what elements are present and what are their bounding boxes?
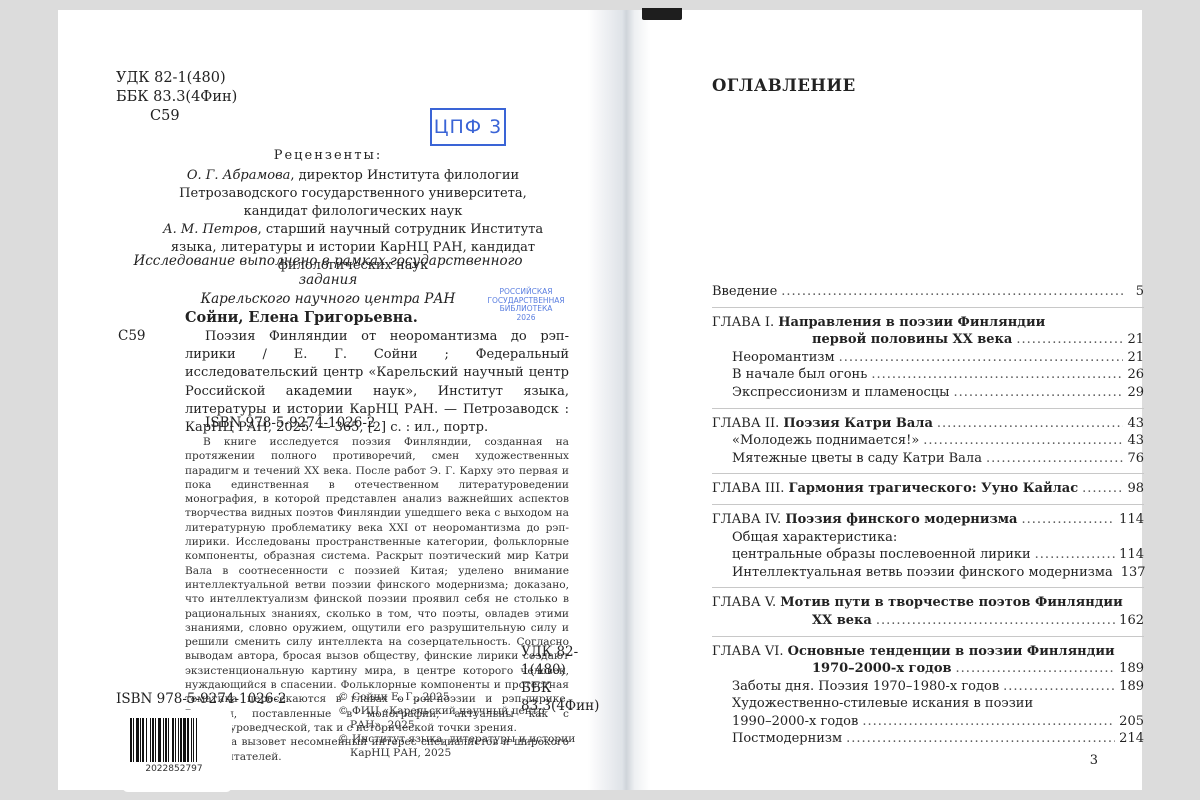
author-mark: С59	[116, 107, 237, 126]
toc-section: «Молодежь поднимается!»43	[712, 432, 1144, 450]
toc-section: Неоромантизм21	[712, 349, 1144, 367]
dot-leader	[954, 384, 1124, 402]
copyright-line: © ФИЦ «Карельский научный центр РАН», 20…	[338, 704, 578, 732]
toc-section: центральные образы послевоенной лирики11…	[712, 546, 1144, 564]
isbn-bottom: ISBN 978-5-9274-1026-2	[116, 691, 287, 707]
chapter-label: ГЛАВА IV.	[712, 512, 781, 527]
reviewers-title: Рецензенты:	[58, 148, 598, 163]
toc-divider	[712, 587, 1144, 588]
udk-code: УДК 82-1(480)	[116, 69, 237, 88]
toc-entry-title: Интеллектуальная ветвь поэзии финского м…	[732, 564, 1113, 582]
chapter-title: Направления в поэзии Финляндии	[778, 315, 1045, 330]
toc-page-number: 162	[1119, 612, 1144, 630]
chapter-title: Мотив пути в творчестве поэтов Финляндии	[780, 595, 1122, 610]
udk-code: УДК 82-1(480)	[521, 643, 599, 679]
classification-block: УДК 82-1(480) ББК 83.3(4Фин) С59	[116, 69, 237, 126]
reviewer: О. Г. Абрамова, директор Института филол…	[148, 167, 558, 221]
toc-divider	[712, 408, 1144, 409]
barcode-number: 2022852797	[122, 764, 226, 774]
toc-page-number: 114	[1119, 546, 1144, 564]
section-title: Художественно-стилевые искания в поэзии	[732, 696, 1033, 711]
toc-entry-title: Художественно-стилевые искания в поэзии	[732, 695, 1033, 713]
toc-divider	[712, 307, 1144, 308]
toc-section: 1990–2000-х годов205	[712, 713, 1144, 731]
toc-entry-title: ГЛАВА VI. Основные тенденции в поэзии Фи…	[712, 643, 1115, 661]
toc-entry-title: ГЛАВА I. Направления в поэзии Финляндии	[712, 314, 1045, 332]
chapter-title: Поэзия Катри Вала	[783, 416, 933, 431]
toc-entry-title: Неоромантизм	[732, 349, 835, 367]
chapter-title: Поэзия финского модернизма	[785, 512, 1017, 527]
toc-section: Интеллектуальная ветвь поэзии финского м…	[712, 564, 1144, 582]
toc-page-number: 137	[1121, 564, 1144, 582]
toc-entry-title: Постмодернизм	[732, 730, 842, 748]
toc-entry-title: ГЛАВА V. Мотив пути в творчестве поэтов …	[712, 594, 1123, 612]
toc-page-number: 189	[1119, 678, 1144, 696]
toc-page-number: 29	[1127, 384, 1144, 402]
imprint-page: УДК 82-1(480) ББК 83.3(4Фин) С59 ЦПФ 3 Р…	[58, 10, 598, 790]
funding-line: Карельского научного центра РАН	[118, 290, 538, 309]
toc-chapter-continued: первой половины XX века21	[712, 331, 1144, 349]
toc-divider	[712, 473, 1144, 474]
dot-leader	[862, 713, 1115, 731]
toc-chapter: ГЛАВА VI. Основные тенденции в поэзии Фи…	[712, 643, 1144, 661]
page-number: 3	[1090, 753, 1098, 768]
chapter-title: первой половины XX века	[812, 332, 1012, 347]
toc-page-number: 21	[1127, 331, 1144, 349]
toc-intro: Введение5	[712, 283, 1144, 301]
chapter-title: Основные тенденции в поэзии Финляндии	[788, 644, 1115, 659]
toc-chapter: ГЛАВА III. Гармония трагического: Ууно К…	[712, 480, 1144, 498]
chapter-label: ГЛАВА I.	[712, 315, 774, 330]
bib-author-mark: С59	[118, 328, 146, 344]
author-heading: Сойни, Елена Григорьевна.	[185, 309, 418, 326]
library-stamp-line: 2026	[476, 314, 576, 323]
toc-page-number: 98	[1127, 480, 1144, 498]
toc-entry-title: Введение	[712, 283, 777, 301]
section-title: Постмодернизм	[732, 731, 842, 746]
chapter-title: 1970–2000-х годов	[812, 661, 952, 676]
barcode-icon	[130, 718, 218, 762]
toc-entry-title: В начале был огонь	[732, 366, 867, 384]
toc-page-number: 114	[1119, 511, 1144, 529]
dot-leader	[1035, 546, 1116, 564]
section-title: Общая характеристика:	[732, 530, 897, 545]
reviewer-name: О. Г. Абрамова	[187, 168, 291, 183]
chapter-label: ГЛАВА III.	[712, 481, 784, 496]
chapter-title: XX века	[812, 613, 872, 628]
library-stamp: РОССИЙСКАЯ ГОСУДАРСТВЕННАЯ БИБЛИОТЕКА 20…	[476, 288, 576, 322]
section-title: Неоромантизм	[732, 350, 835, 365]
toc-chapter: ГЛАВА V. Мотив пути в творчестве поэтов …	[712, 594, 1144, 612]
bbk-code: ББК 83.3(4Фин)	[116, 88, 237, 107]
dot-leader	[986, 450, 1124, 468]
toc-entry-title: Мятежные цветы в саду Катри Вала	[732, 450, 982, 468]
dot-leader	[1016, 331, 1123, 349]
reviewer-name: А. М. Петров	[163, 222, 258, 237]
toc-entry-title: Экспрессионизм и пламеносцы	[732, 384, 950, 402]
toc-entry-title: центральные образы послевоенной лирики	[732, 546, 1031, 564]
dot-leader	[1021, 511, 1115, 529]
copyright-line: © Институт языка, литературы и истории К…	[338, 732, 578, 760]
toc-chapter: ГЛАВА II. Поэзия Катри Вала43	[712, 415, 1144, 433]
toc-entry-title: Общая характеристика:	[732, 529, 897, 547]
isbn: ISBN 978-5-9274-1026-2	[205, 415, 376, 431]
toc-section: Художественно-стилевые искания в поэзии	[712, 695, 1144, 713]
barcode-sticker: 2022852797	[122, 710, 232, 792]
toc-chapter: ГЛАВА IV. Поэзия финского модернизма114	[712, 511, 1144, 529]
dot-leader	[923, 432, 1123, 450]
toc-page-number: 214	[1119, 730, 1144, 748]
cpf-stamp: ЦПФ 3	[430, 108, 506, 146]
dot-leader	[876, 612, 1115, 630]
toc-chapter-continued: 1970–2000-х годов189	[712, 660, 1144, 678]
toc-page-number: 76	[1127, 450, 1144, 468]
section-title: Мятежные цветы в саду Катри Вала	[732, 451, 982, 466]
section-title: В начале был огонь	[732, 367, 867, 382]
toc-entry-title: XX века	[812, 612, 872, 630]
dot-leader	[871, 366, 1123, 384]
toc-entry-title: ГЛАВА IV. Поэзия финского модернизма	[712, 511, 1017, 529]
contents-page: ОГЛАВЛЕНИЕ Введение5ГЛАВА I. Направления…	[648, 10, 1142, 790]
toc-section: Экспрессионизм и пламеносцы29	[712, 384, 1144, 402]
toc-entry-title: 1970–2000-х годов	[812, 660, 952, 678]
section-title: Интеллектуальная ветвь поэзии финского м…	[732, 565, 1113, 580]
toc-section: Постмодернизм214	[712, 730, 1144, 748]
chapter-label: ГЛАВА II.	[712, 416, 779, 431]
toc-page-number: 26	[1127, 366, 1144, 384]
dot-leader	[956, 660, 1116, 678]
copyright-block: © Сойни Е. Г., 2025 © ФИЦ «Карельский на…	[338, 690, 578, 760]
chapter-label: ГЛАВА VI.	[712, 644, 784, 659]
toc-page-number: 43	[1127, 415, 1144, 433]
toc-section: Мятежные цветы в саду Катри Вала76	[712, 450, 1144, 468]
toc-entry-title: ГЛАВА III. Гармония трагического: Ууно К…	[712, 480, 1078, 498]
toc-divider	[712, 504, 1144, 505]
toc-entry-title: первой половины XX века	[812, 331, 1012, 349]
dot-leader	[839, 349, 1124, 367]
section-title: «Молодежь поднимается!»	[732, 433, 919, 448]
toc-title: ОГЛАВЛЕНИЕ	[712, 76, 856, 95]
toc-entry-title: Заботы дня. Поэзия 1970–1980-х годов	[732, 678, 999, 696]
funding-line: Исследование выполнено в рамках государс…	[118, 252, 538, 290]
toc-page-number: 5	[1128, 283, 1144, 301]
toc-section: Общая характеристика:	[712, 529, 1144, 547]
toc-intro-title: Введение	[712, 284, 777, 299]
dot-leader	[1082, 480, 1123, 498]
toc-chapter: ГЛАВА I. Направления в поэзии Финляндии	[712, 314, 1144, 332]
copyright-line: © Сойни Е. Г., 2025	[338, 690, 578, 704]
funding-note: Исследование выполнено в рамках государс…	[118, 252, 538, 309]
toc-page-number: 189	[1119, 660, 1144, 678]
toc-chapter-continued: XX века162	[712, 612, 1144, 630]
chapter-title: Гармония трагического: Ууно Кайлас	[789, 481, 1079, 496]
toc-entry-title: 1990–2000-х годов	[732, 713, 858, 731]
section-title: Экспрессионизм и пламеносцы	[732, 385, 950, 400]
dot-leader	[937, 415, 1124, 433]
section-title: Заботы дня. Поэзия 1970–1980-х годов	[732, 679, 999, 694]
toc-section: В начале был огонь26	[712, 366, 1144, 384]
toc-section: Заботы дня. Поэзия 1970–1980-х годов189	[712, 678, 1144, 696]
dot-leader	[846, 730, 1115, 748]
book-spread: УДК 82-1(480) ББК 83.3(4Фин) С59 ЦПФ 3 Р…	[58, 10, 1142, 790]
section-title: 1990–2000-х годов	[732, 714, 858, 729]
toc-page-number: 205	[1119, 713, 1144, 731]
dot-leader	[781, 283, 1124, 301]
toc-entry-title: ГЛАВА II. Поэзия Катри Вала	[712, 415, 933, 433]
table-of-contents: Введение5ГЛАВА I. Направления в поэзии Ф…	[712, 283, 1144, 748]
toc-entry-title: «Молодежь поднимается!»	[732, 432, 919, 450]
toc-divider	[712, 636, 1144, 637]
toc-page-number: 43	[1127, 432, 1144, 450]
dot-leader	[1003, 678, 1115, 696]
toc-page-number: 21	[1127, 349, 1144, 367]
section-title: центральные образы послевоенной лирики	[732, 547, 1031, 562]
chapter-label: ГЛАВА V.	[712, 595, 776, 610]
